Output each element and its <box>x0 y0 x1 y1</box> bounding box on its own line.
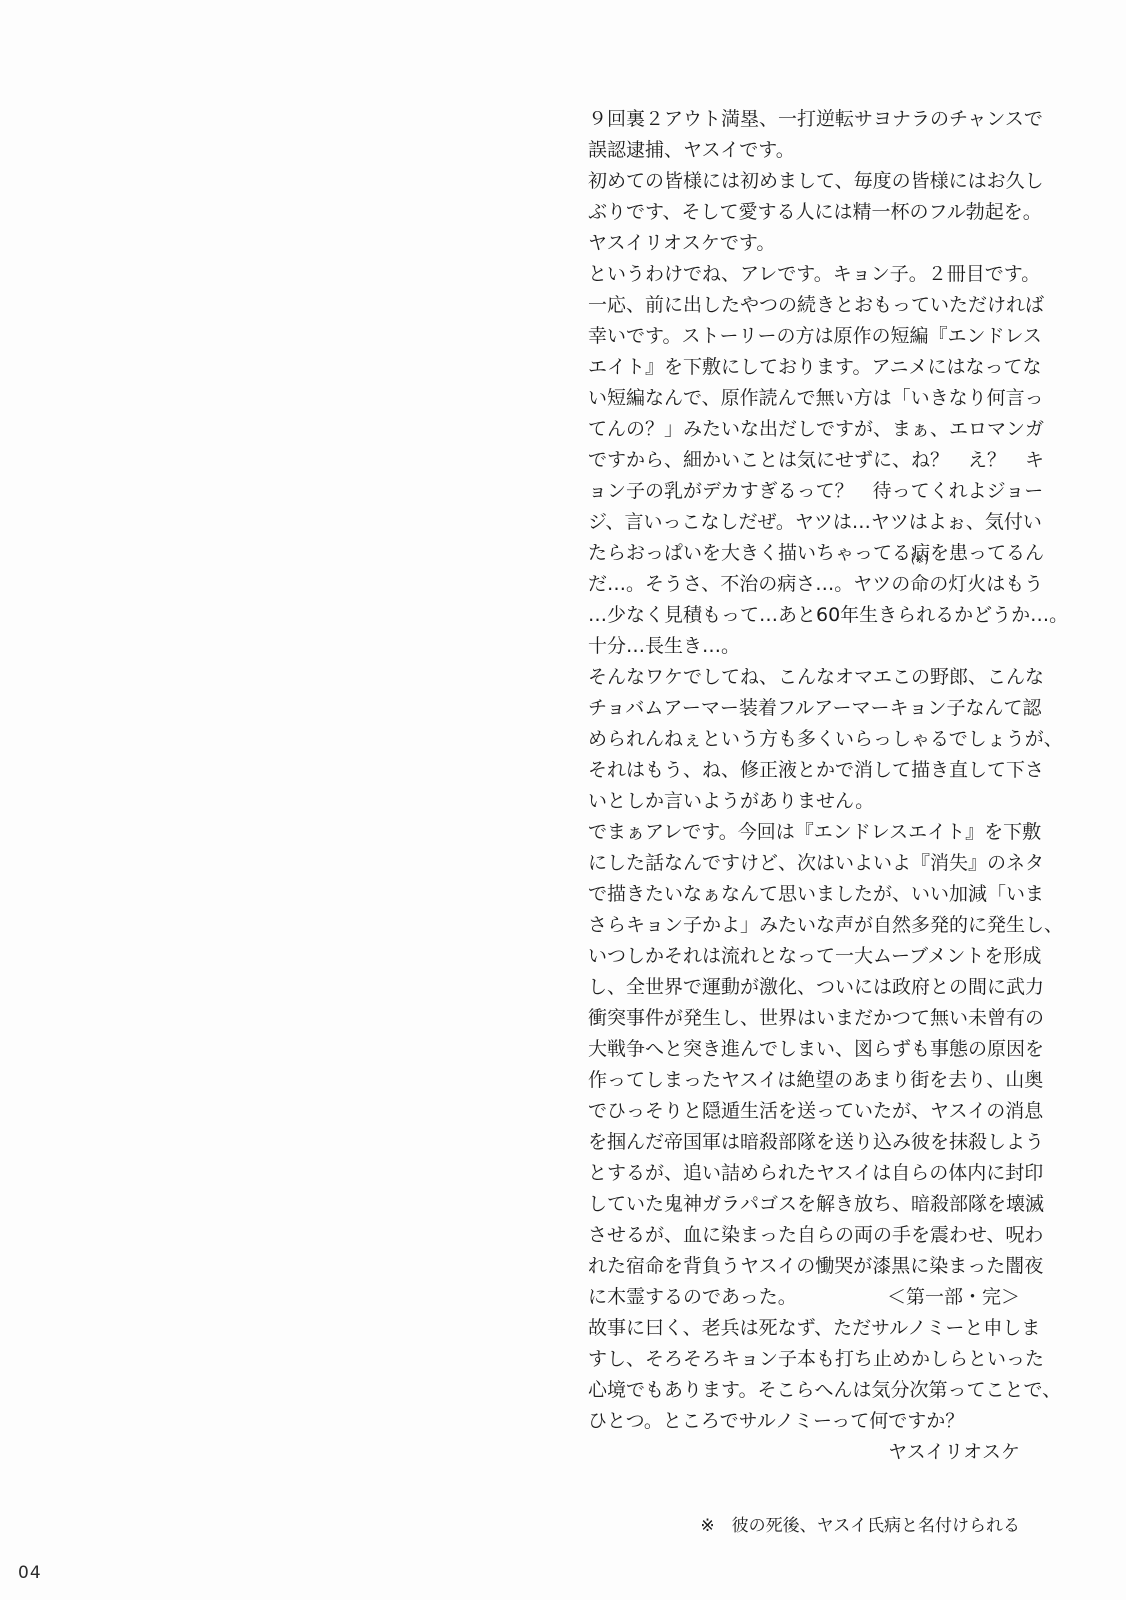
text-line: していた鬼神ガラパゴスを解き放ち、暗殺部隊を壊滅 <box>588 1189 1020 1220</box>
text-line: れた宿命を背負うヤスイの慟哭が漆黒に染まった闇夜 <box>588 1251 1020 1282</box>
text-line: い短編なんで、原作読んで無い方は「いきなり何言っ <box>588 383 1020 414</box>
part-end-marker: ＜第一部・完＞ <box>887 1282 1020 1313</box>
text-line: 衝突事件が発生し、世界はいまだかつて無い未曾有の <box>588 1003 1020 1034</box>
text-line: 大戦争へと突き進んでしまい、図らずも事態の原因を <box>588 1034 1020 1065</box>
text-line: …少なく見積もって…あと60年生きられるかどうか…。 <box>588 600 1020 631</box>
text-segment: 命 <box>910 573 929 595</box>
text-line: ひとつ。ところでサルノミーって何ですか？ <box>588 1406 1020 1437</box>
text-line: いとしか言いようがありません。 <box>588 786 1020 817</box>
text-line: ヤスイリオスケです。 <box>588 228 1020 259</box>
scanned-afterword-page: ９回裏２アウト満塁、一打逆転サヨナラのチャンスで 誤認逮捕、ヤスイです。 初めて… <box>0 0 1126 1600</box>
text-line: 誤認逮捕、ヤスイです。 <box>588 135 1020 166</box>
text-line: 作ってしまったヤスイは絶望のあまり街を去り、山奥 <box>588 1065 1020 1096</box>
text-line: いつしかそれは流れとなって一大ムーブメントを形成 <box>588 941 1020 972</box>
text-line: エイト』を下敷にしております。アニメにはなってな <box>588 352 1020 383</box>
text-line: てんの？」みたいな出だしですが、まぁ、エロマンガ <box>588 414 1020 445</box>
text-line: 初めての皆様には初めまして、毎度の皆様にはお久し <box>588 166 1020 197</box>
annotated-char: (※)命 <box>910 569 929 600</box>
text-line: 心境でもあります。そこらへんは気分次第ってことで、 <box>588 1375 1020 1406</box>
text-line: ぶりです、そして愛する人には精一杯のフル勃起を。 <box>588 197 1020 228</box>
text-segment: の灯火はもう <box>929 573 1043 595</box>
text-line: ョン子の乳がデカすぎるって？ 待ってくれよジョー <box>588 476 1020 507</box>
page-number: 04 <box>18 1563 42 1583</box>
text-line: 故事に曰く、老兵は死なず、ただサルノミーと申しま <box>588 1313 1020 1344</box>
text-line: でまぁアレです。今回は『エンドレスエイト』を下敷 <box>588 817 1020 848</box>
text-line: し、全世界で運動が激化、ついには政府との間に武力 <box>588 972 1020 1003</box>
text-line: チョバムアーマー装着フルアーマーキョン子なんて認 <box>588 693 1020 724</box>
text-line: たらおっぱいを大きく描いちゃってる病を患ってるん <box>588 538 1020 569</box>
footnote: ※ 彼の死後、ヤスイ氏病と名付けられる <box>588 1511 1020 1542</box>
text-line: それはもう、ね、修正液とかで消して描き直して下さ <box>588 755 1020 786</box>
text-line: ですから、細かいことは気にせずに、ね？ え？ キ <box>588 445 1020 476</box>
text-line: さらキョン子かよ」みたいな声が自然多発的に発生し、 <box>588 910 1020 941</box>
text-segment: に木霊するのであった。 <box>588 1282 797 1313</box>
text-line: というわけでね、アレです。キョン子。２冊目です。 <box>588 259 1020 290</box>
text-line-annotated: だ…。そうさ、不治の病さ…。ヤツの(※)命の灯火はもう <box>588 569 1020 600</box>
text-line: でひっそりと隠遁生活を送っていたが、ヤスイの消息 <box>588 1096 1020 1127</box>
text-line: ９回裏２アウト満塁、一打逆転サヨナラのチャンスで <box>588 104 1020 135</box>
text-line: を掴んだ帝国軍は暗殺部隊を送り込み彼を抹殺しよう <box>588 1127 1020 1158</box>
text-line: ジ、言いっこなしだぜ。ヤツは…ヤツはよぉ、気付い <box>588 507 1020 538</box>
text-line: にした話なんですけど、次はいよいよ『消失』のネタ <box>588 848 1020 879</box>
text-line: 一応、前に出したやつの続きとおもっていただければ <box>588 290 1020 321</box>
text-line: められんねぇという方も多くいらっしゃるでしょうが、 <box>588 724 1020 755</box>
text-line-part-end: に木霊するのであった。＜第一部・完＞ <box>588 1282 1020 1313</box>
text-line: そんなワケでしてね、こんなオマエこの野郎、こんな <box>588 662 1020 693</box>
text-line: で描きたいなぁなんて思いましたが、いい加減「いま <box>588 879 1020 910</box>
annotation-reference-mark: (※) <box>911 554 929 565</box>
text-line: 十分…長生き…。 <box>588 631 1020 662</box>
text-line: すし、そろそろキョン子本も打ち止めかしらといった <box>588 1344 1020 1375</box>
text-segment: だ…。そうさ、不治の病さ…。ヤツの <box>588 573 910 595</box>
text-line: とするが、追い詰められたヤスイは自らの体内に封印 <box>588 1158 1020 1189</box>
author-signature: ヤスイリオスケ <box>588 1437 1020 1468</box>
text-line: 幸いです。ストーリーの方は原作の短編『エンドレス <box>588 321 1020 352</box>
text-line: させるが、血に染まった自らの両の手を震わせ、呪わ <box>588 1220 1020 1251</box>
afterword-text-block: ９回裏２アウト満塁、一打逆転サヨナラのチャンスで 誤認逮捕、ヤスイです。 初めて… <box>588 104 1020 1468</box>
